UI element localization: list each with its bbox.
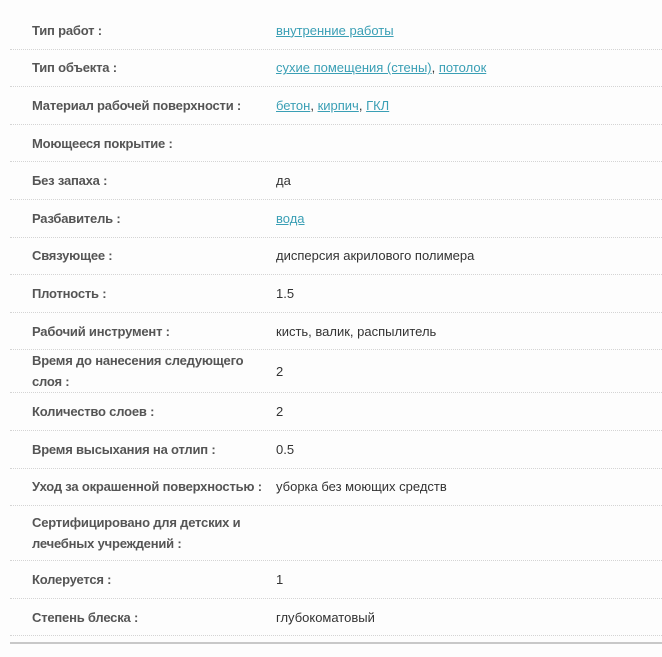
property-row: Степень блеска :глубокоматовый bbox=[10, 599, 662, 637]
property-row: Тип объекта :сухие помещения (стены), по… bbox=[10, 50, 662, 88]
property-value: уборка без моющих средств bbox=[276, 476, 662, 497]
property-value: дисперсия акрилового полимера bbox=[276, 245, 662, 266]
property-label: Время высыхания на отлип : bbox=[10, 439, 276, 460]
property-row: Плотность :1.5 bbox=[10, 275, 662, 313]
property-row: Уход за окрашенной поверхностью :уборка … bbox=[10, 469, 662, 507]
property-label: Уход за окрашенной поверхностью : bbox=[10, 476, 276, 497]
property-value: кисть, валик, распылитель bbox=[276, 321, 662, 342]
property-label: Сертифицировано для детских и лечебных у… bbox=[10, 512, 298, 554]
property-value: 1 bbox=[276, 569, 662, 590]
property-value-text: 1 bbox=[276, 572, 283, 587]
property-value: внутренние работы bbox=[276, 20, 662, 41]
property-row: Моющееся покрытие : bbox=[10, 125, 662, 163]
property-value-text: да bbox=[276, 173, 291, 188]
property-label: Связующее : bbox=[10, 245, 276, 266]
property-label: Моющееся покрытие : bbox=[10, 133, 276, 154]
property-label: Время до нанесения следующего слоя : bbox=[10, 350, 276, 392]
property-label: Тип объекта : bbox=[10, 57, 276, 78]
property-row: Сертифицировано для детских и лечебных у… bbox=[10, 506, 662, 561]
property-value-link[interactable]: вода bbox=[276, 211, 305, 226]
property-label: Тип работ : bbox=[10, 20, 276, 41]
property-row: Связующее :дисперсия акрилового полимера bbox=[10, 238, 662, 276]
property-value: 2 bbox=[276, 401, 662, 422]
property-row: Разбавитель :вода bbox=[10, 200, 662, 238]
property-value: глубокоматовый bbox=[276, 607, 662, 628]
property-value: 2 bbox=[276, 361, 662, 382]
property-label: Колеруется : bbox=[10, 569, 276, 590]
property-value-text: глубокоматовый bbox=[276, 610, 375, 625]
property-label: Материал рабочей поверхности : bbox=[10, 95, 276, 116]
property-value-text: 1.5 bbox=[276, 286, 294, 301]
property-value: 0.5 bbox=[276, 439, 662, 460]
property-row: Время до нанесения следующего слоя :2 bbox=[10, 350, 662, 393]
property-value-text: 0.5 bbox=[276, 442, 294, 457]
bottom-divider bbox=[10, 642, 662, 644]
property-value-text: 2 bbox=[276, 364, 283, 379]
property-label: Степень блеска : bbox=[10, 607, 276, 628]
property-row: Без запаха :да bbox=[10, 162, 662, 200]
property-value-link[interactable]: кирпич bbox=[318, 98, 359, 113]
property-label: Рабочий инструмент : bbox=[10, 321, 276, 342]
property-row: Рабочий инструмент :кисть, валик, распыл… bbox=[10, 313, 662, 351]
property-value-text: 2 bbox=[276, 404, 283, 419]
property-value-text: дисперсия акрилового полимера bbox=[276, 248, 474, 263]
value-separator: , bbox=[432, 60, 439, 75]
property-value-link[interactable]: сухие помещения (стены) bbox=[276, 60, 432, 75]
property-label: Разбавитель : bbox=[10, 208, 276, 229]
value-separator: , bbox=[310, 98, 317, 113]
property-value-link[interactable]: бетон bbox=[276, 98, 310, 113]
property-label: Без запаха : bbox=[10, 170, 276, 191]
property-row: Колеруется :1 bbox=[10, 561, 662, 599]
properties-table: Тип работ :внутренние работыТип объекта … bbox=[10, 12, 662, 636]
property-label: Плотность : bbox=[10, 283, 276, 304]
property-value-link[interactable]: внутренние работы bbox=[276, 23, 394, 38]
property-value: да bbox=[276, 170, 662, 191]
value-separator: , bbox=[359, 98, 366, 113]
property-value-text: кисть, валик, распылитель bbox=[276, 324, 436, 339]
property-value: вода bbox=[276, 208, 662, 229]
property-value-link[interactable]: потолок bbox=[439, 60, 486, 75]
property-row: Тип работ :внутренние работы bbox=[10, 12, 662, 50]
property-value: бетон, кирпич, ГКЛ bbox=[276, 95, 662, 116]
property-value-text: уборка без моющих средств bbox=[276, 479, 447, 494]
property-row: Время высыхания на отлип :0.5 bbox=[10, 431, 662, 469]
property-row: Материал рабочей поверхности :бетон, кир… bbox=[10, 87, 662, 125]
property-label: Количество слоев : bbox=[10, 401, 276, 422]
property-value: сухие помещения (стены), потолок bbox=[276, 57, 662, 78]
property-row: Количество слоев :2 bbox=[10, 393, 662, 431]
property-value: 1.5 bbox=[276, 283, 662, 304]
property-value-link[interactable]: ГКЛ bbox=[366, 98, 389, 113]
